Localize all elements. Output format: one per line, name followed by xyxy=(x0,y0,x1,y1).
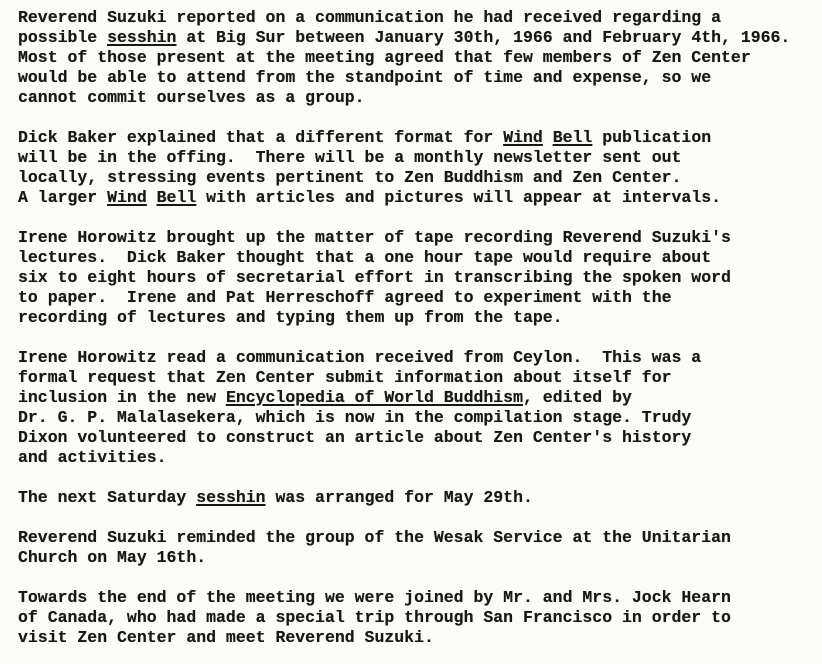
text-segment: Dixon volunteered to construct an articl… xyxy=(18,428,691,447)
document-line: Dick Baker explained that a different fo… xyxy=(18,128,820,148)
text-segment: Most of those present at the meeting agr… xyxy=(18,48,751,67)
text-segment: inclusion in the new xyxy=(18,388,226,407)
paragraph: Reverend Suzuki reminded the group of th… xyxy=(18,528,820,568)
text-segment: formal request that Zen Center submit in… xyxy=(18,368,672,387)
document-line: inclusion in the new Encyclopedia of Wor… xyxy=(18,388,820,408)
text-segment: The next Saturday xyxy=(18,488,196,507)
text-segment: , edited by xyxy=(523,388,632,407)
document-line: visit Zen Center and meet Reverend Suzuk… xyxy=(18,628,820,648)
text-segment: Church on May 16th. xyxy=(18,548,206,567)
underlined-term: sesshin xyxy=(196,488,265,507)
paragraph: Irene Horowitz brought up the matter of … xyxy=(18,228,820,328)
text-segment: publication xyxy=(592,128,711,147)
document-line: The next Saturday sesshin was arranged f… xyxy=(18,488,820,508)
document-line: Irene Horowitz read a communication rece… xyxy=(18,348,820,368)
text-segment xyxy=(147,188,157,207)
text-segment: and activities. xyxy=(18,448,167,467)
document-line: recording of lectures and typing them up… xyxy=(18,308,820,328)
document-line: and activities. xyxy=(18,448,820,468)
text-segment: to paper. Irene and Pat Herreschoff agre… xyxy=(18,288,672,307)
text-segment: was arranged for May 29th. xyxy=(266,488,533,507)
document-line: Church on May 16th. xyxy=(18,548,820,568)
document-line: will be in the offing. There will be a m… xyxy=(18,148,820,168)
document-page: Reverend Suzuki reported on a communicat… xyxy=(0,0,822,664)
text-segment: cannot commit ourselves as a group. xyxy=(18,88,365,107)
document-line: Dixon volunteered to construct an articl… xyxy=(18,428,820,448)
document-line: A larger Wind Bell with articles and pic… xyxy=(18,188,820,208)
text-segment: Irene Horowitz read a communication rece… xyxy=(18,348,701,367)
paragraph: Irene Horowitz read a communication rece… xyxy=(18,348,820,468)
text-segment xyxy=(543,128,553,147)
text-segment: visit Zen Center and meet Reverend Suzuk… xyxy=(18,628,434,647)
text-segment: Irene Horowitz brought up the matter of … xyxy=(18,228,731,247)
document-line: lectures. Dick Baker thought that a one … xyxy=(18,248,820,268)
text-segment: Reverend Suzuki reminded the group of th… xyxy=(18,528,731,547)
paragraph: Dick Baker explained that a different fo… xyxy=(18,128,820,208)
underlined-term: Wind xyxy=(107,188,147,207)
document-line: possible sesshin at Big Sur between Janu… xyxy=(18,28,820,48)
underlined-term: Bell xyxy=(157,188,197,207)
document-line: Dr. G. P. Malalasekera, which is now in … xyxy=(18,408,820,428)
text-segment: Reverend Suzuki reported on a communicat… xyxy=(18,8,721,27)
document-line: Towards the end of the meeting we were j… xyxy=(18,588,820,608)
paragraph: Towards the end of the meeting we were j… xyxy=(18,588,820,648)
document-line: Reverend Suzuki reminded the group of th… xyxy=(18,528,820,548)
text-segment: locally, stressing events pertinent to Z… xyxy=(18,168,681,187)
document-line: Reverend Suzuki reported on a communicat… xyxy=(18,8,820,28)
document-line: would be able to attend from the standpo… xyxy=(18,68,820,88)
underlined-term: Wind xyxy=(503,128,543,147)
text-segment: recording of lectures and typing them up… xyxy=(18,308,563,327)
text-segment: at Big Sur between January 30th, 1966 an… xyxy=(176,28,790,47)
text-segment: Dr. G. P. Malalasekera, which is now in … xyxy=(18,408,691,427)
text-segment: six to eight hours of secretarial effort… xyxy=(18,268,731,287)
document-line: Irene Horowitz brought up the matter of … xyxy=(18,228,820,248)
document-body: Reverend Suzuki reported on a communicat… xyxy=(18,8,820,648)
underlined-term: sesshin xyxy=(107,28,176,47)
document-line: locally, stressing events pertinent to Z… xyxy=(18,168,820,188)
document-line: formal request that Zen Center submit in… xyxy=(18,368,820,388)
underlined-term: Bell xyxy=(553,128,593,147)
paragraph: Reverend Suzuki reported on a communicat… xyxy=(18,8,820,108)
text-segment: of Canada, who had made a special trip t… xyxy=(18,608,731,627)
document-line: to paper. Irene and Pat Herreschoff agre… xyxy=(18,288,820,308)
text-segment: A larger xyxy=(18,188,107,207)
document-line: cannot commit ourselves as a group. xyxy=(18,88,820,108)
text-segment: lectures. Dick Baker thought that a one … xyxy=(18,248,711,267)
text-segment: would be able to attend from the standpo… xyxy=(18,68,711,87)
text-segment: Towards the end of the meeting we were j… xyxy=(18,588,731,607)
text-segment: Dick Baker explained that a different fo… xyxy=(18,128,503,147)
text-segment: will be in the offing. There will be a m… xyxy=(18,148,681,167)
underlined-term: Encyclopedia of World Buddhism xyxy=(226,388,523,407)
text-segment: with articles and pictures will appear a… xyxy=(196,188,721,207)
text-segment: possible xyxy=(18,28,107,47)
document-line: Most of those present at the meeting agr… xyxy=(18,48,820,68)
document-line: six to eight hours of secretarial effort… xyxy=(18,268,820,288)
document-line: of Canada, who had made a special trip t… xyxy=(18,608,820,628)
paragraph: The next Saturday sesshin was arranged f… xyxy=(18,488,820,508)
